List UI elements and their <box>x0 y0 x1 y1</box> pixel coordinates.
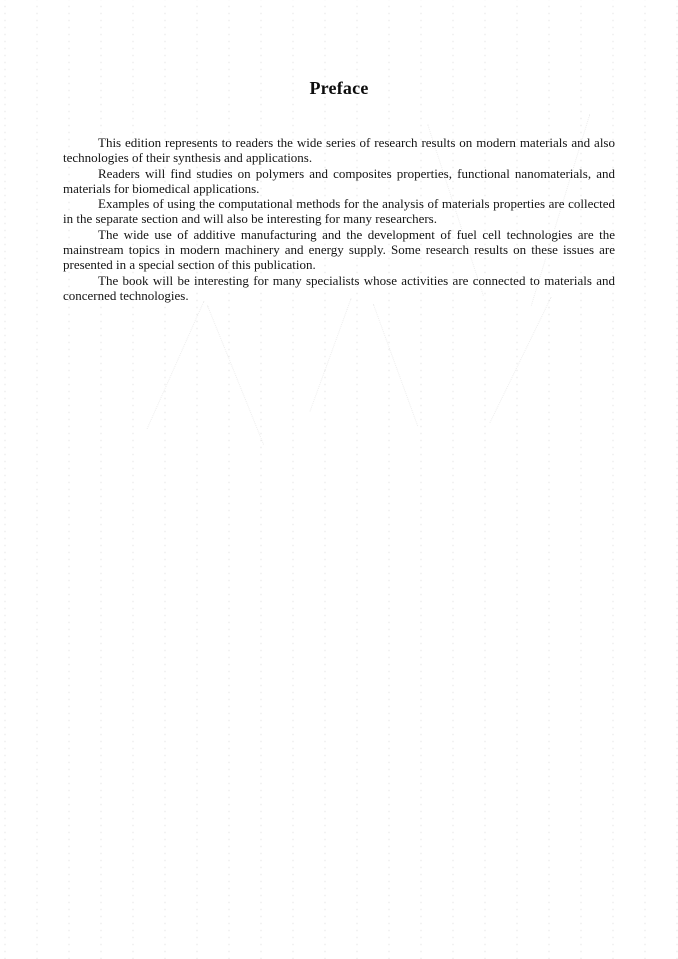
watermark-stroke <box>489 297 551 423</box>
watermark-stroke <box>147 301 205 429</box>
watermark-stroke <box>310 298 352 411</box>
page-content: Preface This edition represents to reade… <box>0 0 678 303</box>
paragraph: The book will be interesting for many sp… <box>63 273 615 304</box>
paragraph: Readers will find studies on polymers an… <box>63 166 615 197</box>
watermark-stroke <box>207 305 264 444</box>
watermark-stroke <box>373 304 418 427</box>
preface-body: This edition represents to readers the w… <box>63 135 615 303</box>
paragraph: Examples of using the computational meth… <box>63 196 615 227</box>
paragraph: This edition represents to readers the w… <box>63 135 615 166</box>
document-page: Preface This edition represents to reade… <box>0 0 678 959</box>
paragraph: The wide use of additive manufacturing a… <box>63 227 615 273</box>
page-title: Preface <box>63 78 615 99</box>
